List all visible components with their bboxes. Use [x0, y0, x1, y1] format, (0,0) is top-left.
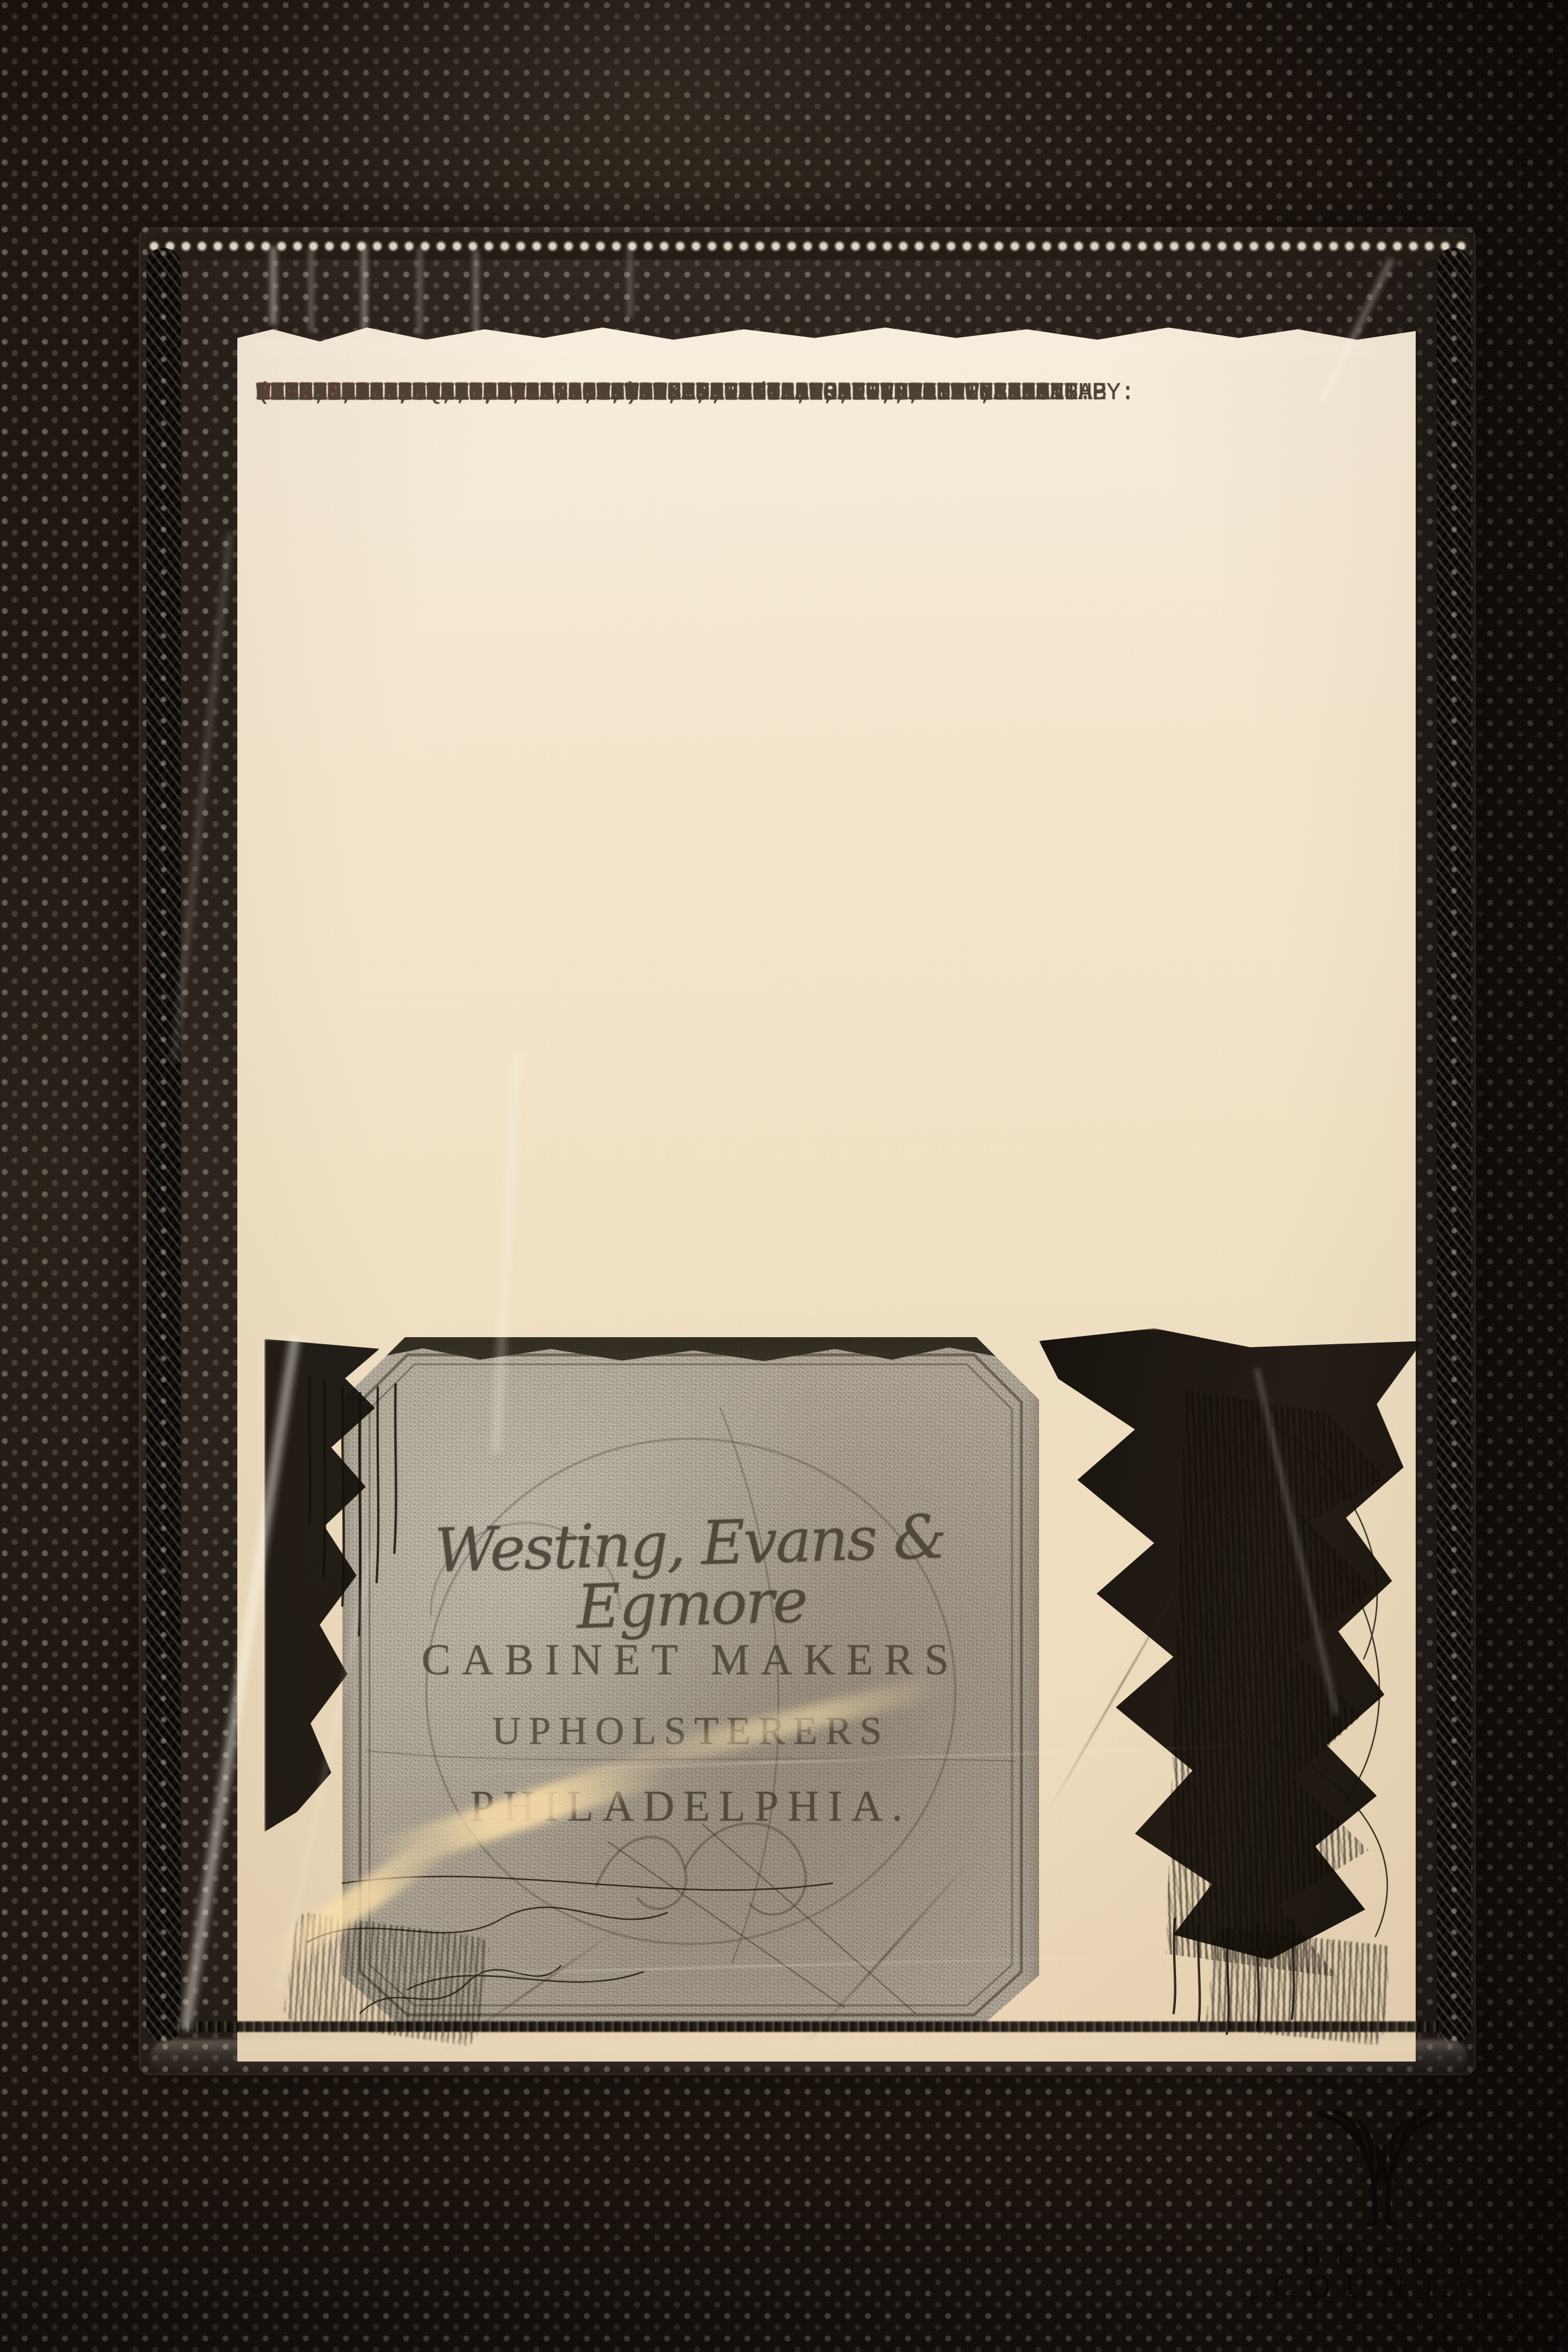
sleeve-bead-trim-top [146, 233, 1471, 260]
watermark-subtitle: ESTATE TRADERS [1198, 2289, 1564, 2307]
sleeve-stitch-trim-bottom [177, 2021, 1443, 2032]
cabinet-makers-label-photo: Westing, Evans & Egmore CABINET MAKERS U… [254, 1328, 1429, 2046]
dealer-watermark: BUCKS COUNTY ESTATE TRADERS [1198, 2095, 1564, 2343]
sleeve-braid-trim-right [1437, 248, 1471, 2043]
photo-of-document: REFURNISHED. THIS STYLISH OLD CLASSIC HI… [0, 0, 1568, 2352]
doc-segment: THANK YOU, FATHER AND MOTHER DIVINE. [256, 378, 936, 410]
sleeve-braid-trim-left [146, 248, 181, 2043]
sleeve-bottom-fold-highlight [151, 2040, 1467, 2074]
loose-threads [254, 1328, 1429, 2046]
antlers-icon [1300, 2095, 1463, 2232]
